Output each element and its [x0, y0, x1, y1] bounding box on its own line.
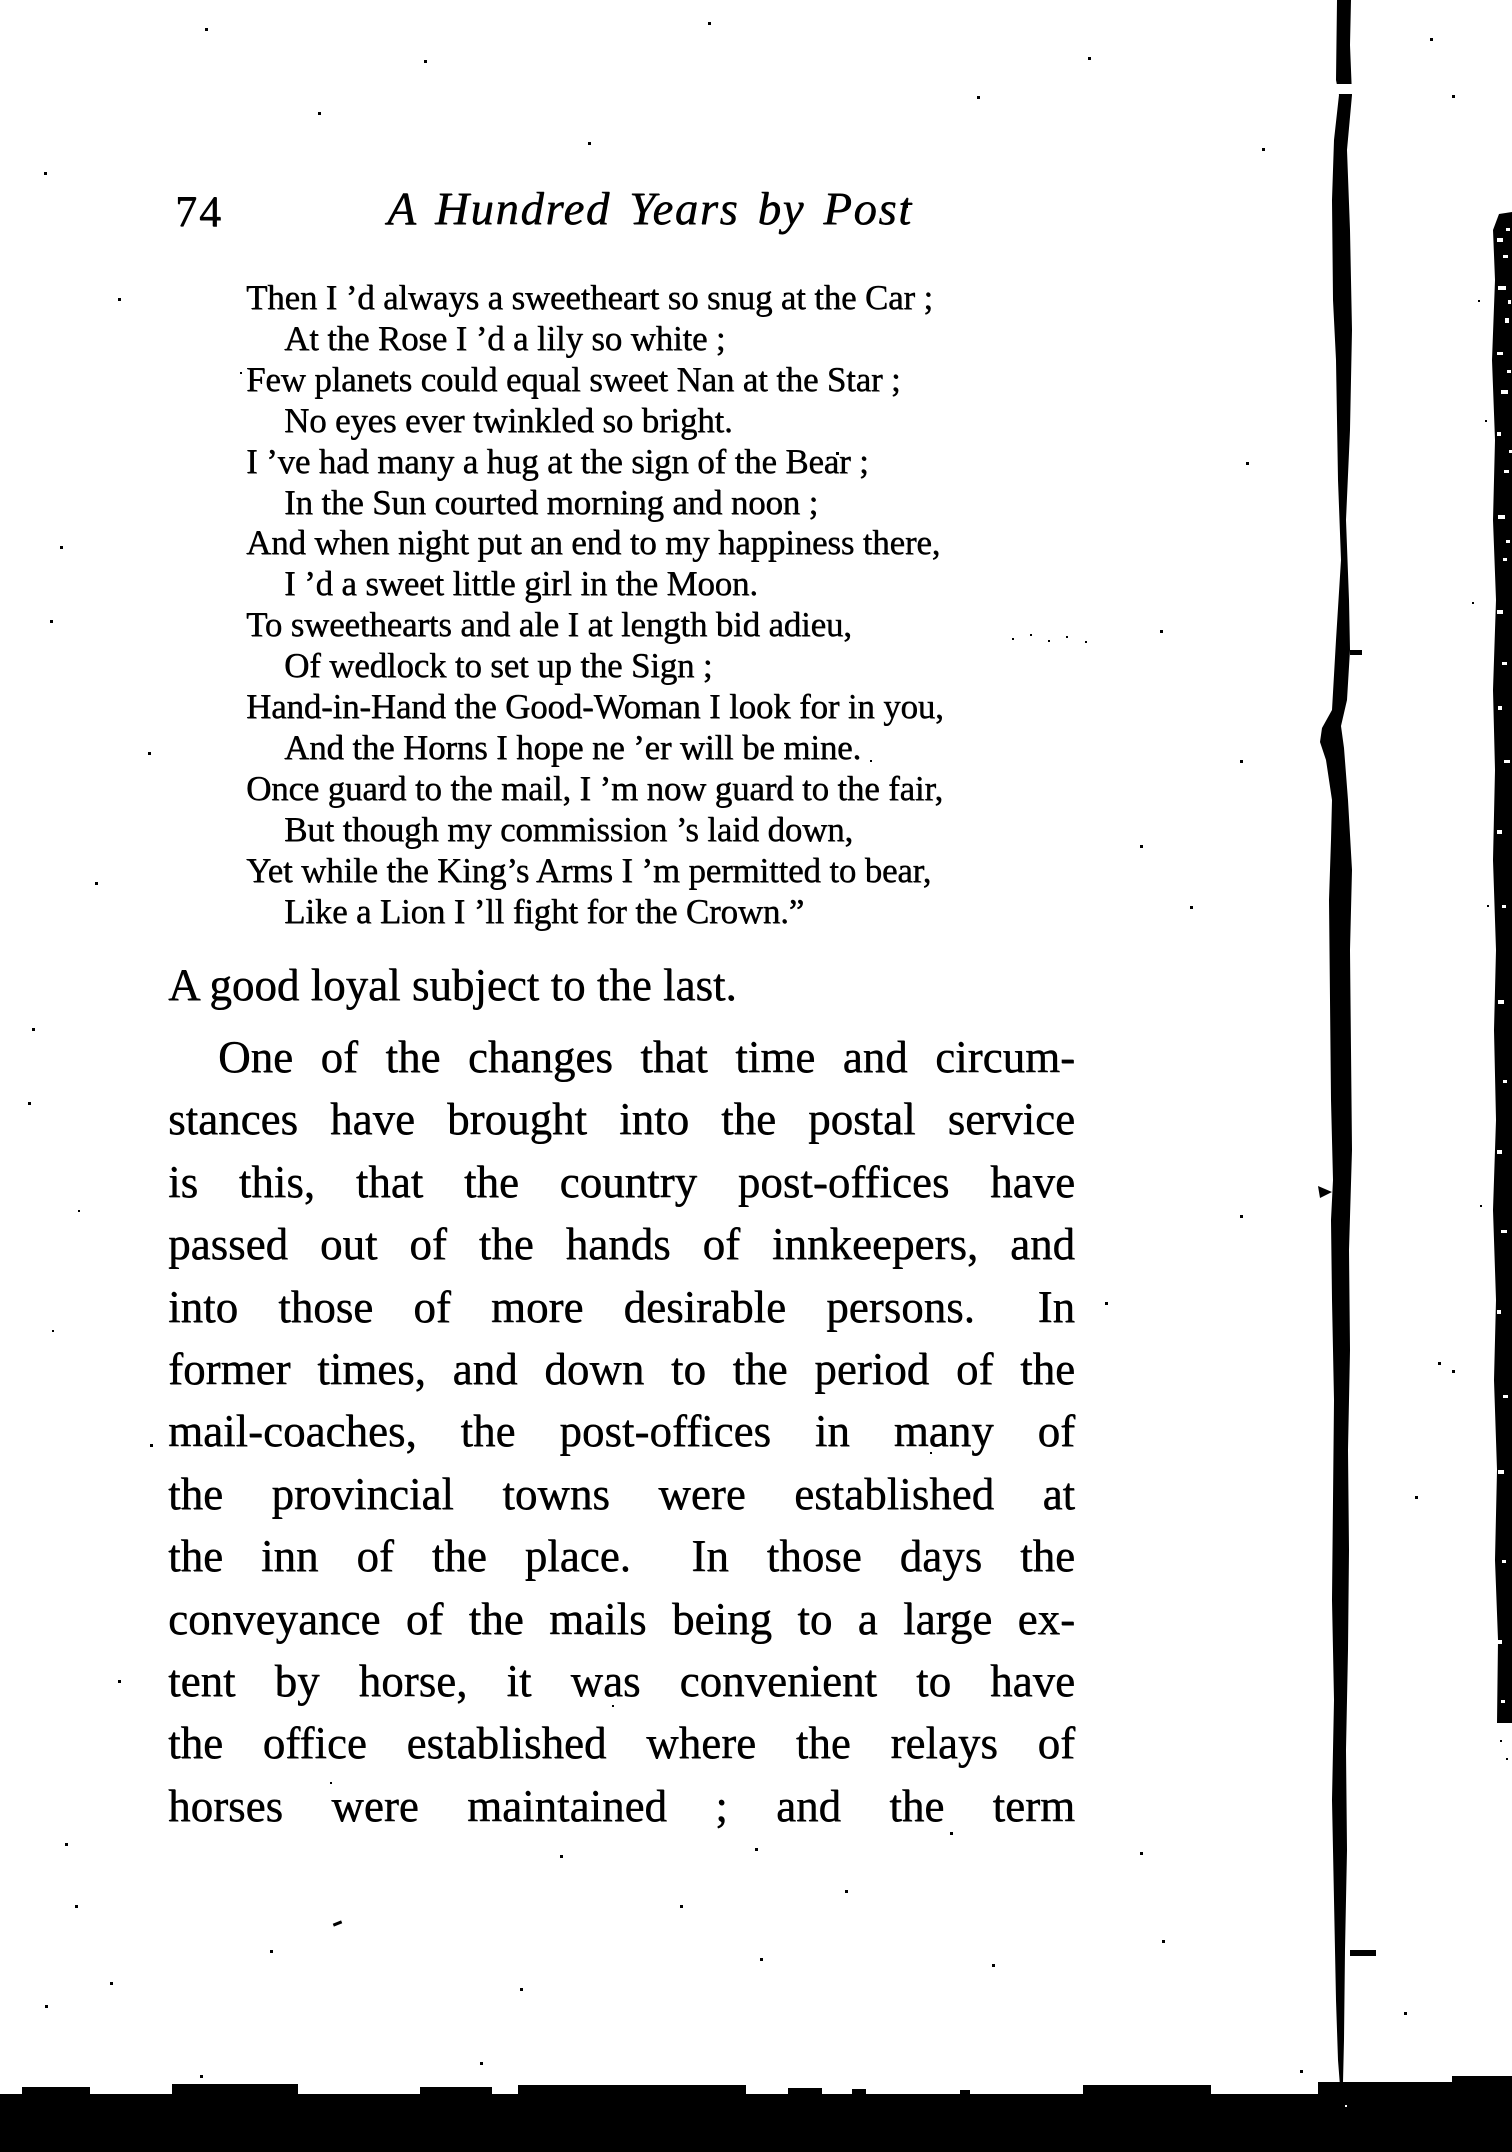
poem-block: Then I ’d always a sweetheart so snug at…: [246, 278, 1056, 933]
poem-line: Few planets could equal sweet Nan at the…: [246, 360, 1056, 401]
prose-line: stances have brought into the postal ser…: [168, 1088, 1075, 1150]
prose-line: tent by horse, it was convenient to have: [168, 1650, 1075, 1712]
scan-noise-dots-small: [0, 0, 2, 2]
poem-line: And when night put an end to my happines…: [246, 523, 1056, 564]
poem-line: Like a Lion I ’ll fight for the Crown.”: [246, 892, 1056, 933]
scan-gutter-crease: [1320, 0, 1352, 2086]
poem-line: I ’d a sweet little girl in the Moon.: [246, 564, 1056, 605]
poem-line: Hand-in-Hand the Good-Woman I look for i…: [246, 687, 1056, 728]
running-title: A Hundred Years by Post: [330, 184, 970, 236]
prose-line: mail-coaches, the post-offices in many o…: [168, 1400, 1075, 1462]
prose-line: the inn of the place. In those days the: [168, 1525, 1075, 1587]
scan-edge-band-right: [1492, 212, 1512, 1723]
prose-paragraph: One of the changes that time and circum-…: [168, 1026, 1075, 1837]
prose-line: the office established where the relays …: [168, 1712, 1075, 1774]
poem-line: At the Rose I ’d a lily so white ;: [246, 319, 1056, 360]
poem-line: To sweethearts and ale I at length bid a…: [246, 605, 1056, 646]
closing-sentence: A good loyal subject to the last.: [168, 958, 737, 1012]
poem-line: And the Horns I hope ne ’er will be mine…: [246, 728, 1056, 769]
prose-line: the provincial towns were established at: [168, 1463, 1075, 1525]
prose-line: One of the changes that time and circum-: [168, 1026, 1075, 1088]
prose-line: into those of more desirable persons. In: [168, 1276, 1075, 1338]
scan-stray-mark: [333, 1920, 342, 1926]
poem-line: No eyes ever twinkled so bright.: [246, 401, 1056, 442]
scan-edge-band-bottom: [0, 2076, 1512, 2152]
poem-line: Yet while the King’s Arms I ’m permitted…: [246, 851, 1056, 892]
prose-line: is this, that the country post-offices h…: [168, 1151, 1075, 1213]
poem-line: I ’ve had many a hug at the sign of the …: [246, 442, 1056, 483]
scanned-book-page: 74 A Hundred Years by Post Then I ’d alw…: [0, 0, 1512, 2152]
poem-line: Once guard to the mail, I ’m now guard t…: [246, 769, 1056, 810]
poem-line: But though my commission ’s laid down,: [246, 810, 1056, 851]
poem-line: In the Sun courted morning and noon ;: [246, 483, 1056, 524]
prose-line: horses were maintained ; and the term: [168, 1775, 1075, 1837]
poem-line: Of wedlock to set up the Sign ;: [246, 646, 1056, 687]
prose-line: conveyance of the mails being to a large…: [168, 1588, 1075, 1650]
prose-line: former times, and down to the period of …: [168, 1338, 1075, 1400]
prose-line: passed out of the hands of innkeepers, a…: [168, 1213, 1075, 1275]
poem-line: Then I ’d always a sweetheart so snug at…: [246, 278, 1056, 319]
page-number: 74: [175, 190, 223, 234]
